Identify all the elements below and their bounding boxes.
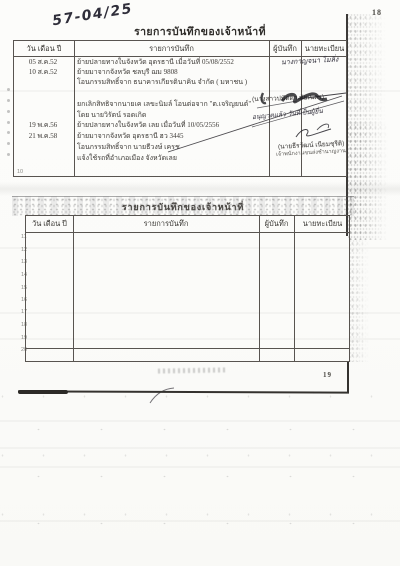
table2-header-recorder: ผู้บันทึก bbox=[259, 217, 294, 231]
margin-line-number: 10 bbox=[17, 169, 23, 175]
table2-bottom-row-line bbox=[26, 348, 349, 349]
page-number-bottom: 19 bbox=[323, 371, 332, 379]
signature-squiggle bbox=[296, 129, 331, 137]
table2-column-divider-3 bbox=[294, 216, 295, 361]
table2-header-registrar: นายทะเบียน bbox=[294, 217, 351, 231]
pen-diagonal-line-1 bbox=[168, 96, 342, 152]
table2-header-underline bbox=[26, 232, 349, 233]
table2-title-noise-band: รายการบันทึกของเจ้าหน้าที่ bbox=[12, 196, 354, 216]
pen-diagonal-line-2 bbox=[252, 101, 344, 127]
table2-column-divider-2 bbox=[259, 216, 260, 361]
table2-header-record: รายการบันทึก bbox=[73, 217, 259, 231]
page-edge-line-corner bbox=[347, 362, 349, 393]
signature-squiggle-2 bbox=[317, 124, 329, 130]
table2-header-date: วัน เดือน ปี bbox=[26, 217, 73, 231]
table2: วัน เดือน ปี รายการบันทึก ผู้บันทึก นายท… bbox=[25, 215, 350, 362]
page-edge-line-bottom-thick bbox=[18, 390, 68, 394]
table2-title: รายการบันทึกของเจ้าหน้าที่ bbox=[12, 200, 354, 214]
pen-scribble-small bbox=[262, 93, 266, 103]
scanned-document-page: 57-04/25 18 รายการบันทึกของเจ้าหน้าที่ ว… bbox=[0, 0, 400, 566]
table2-column-divider-1 bbox=[73, 216, 74, 361]
